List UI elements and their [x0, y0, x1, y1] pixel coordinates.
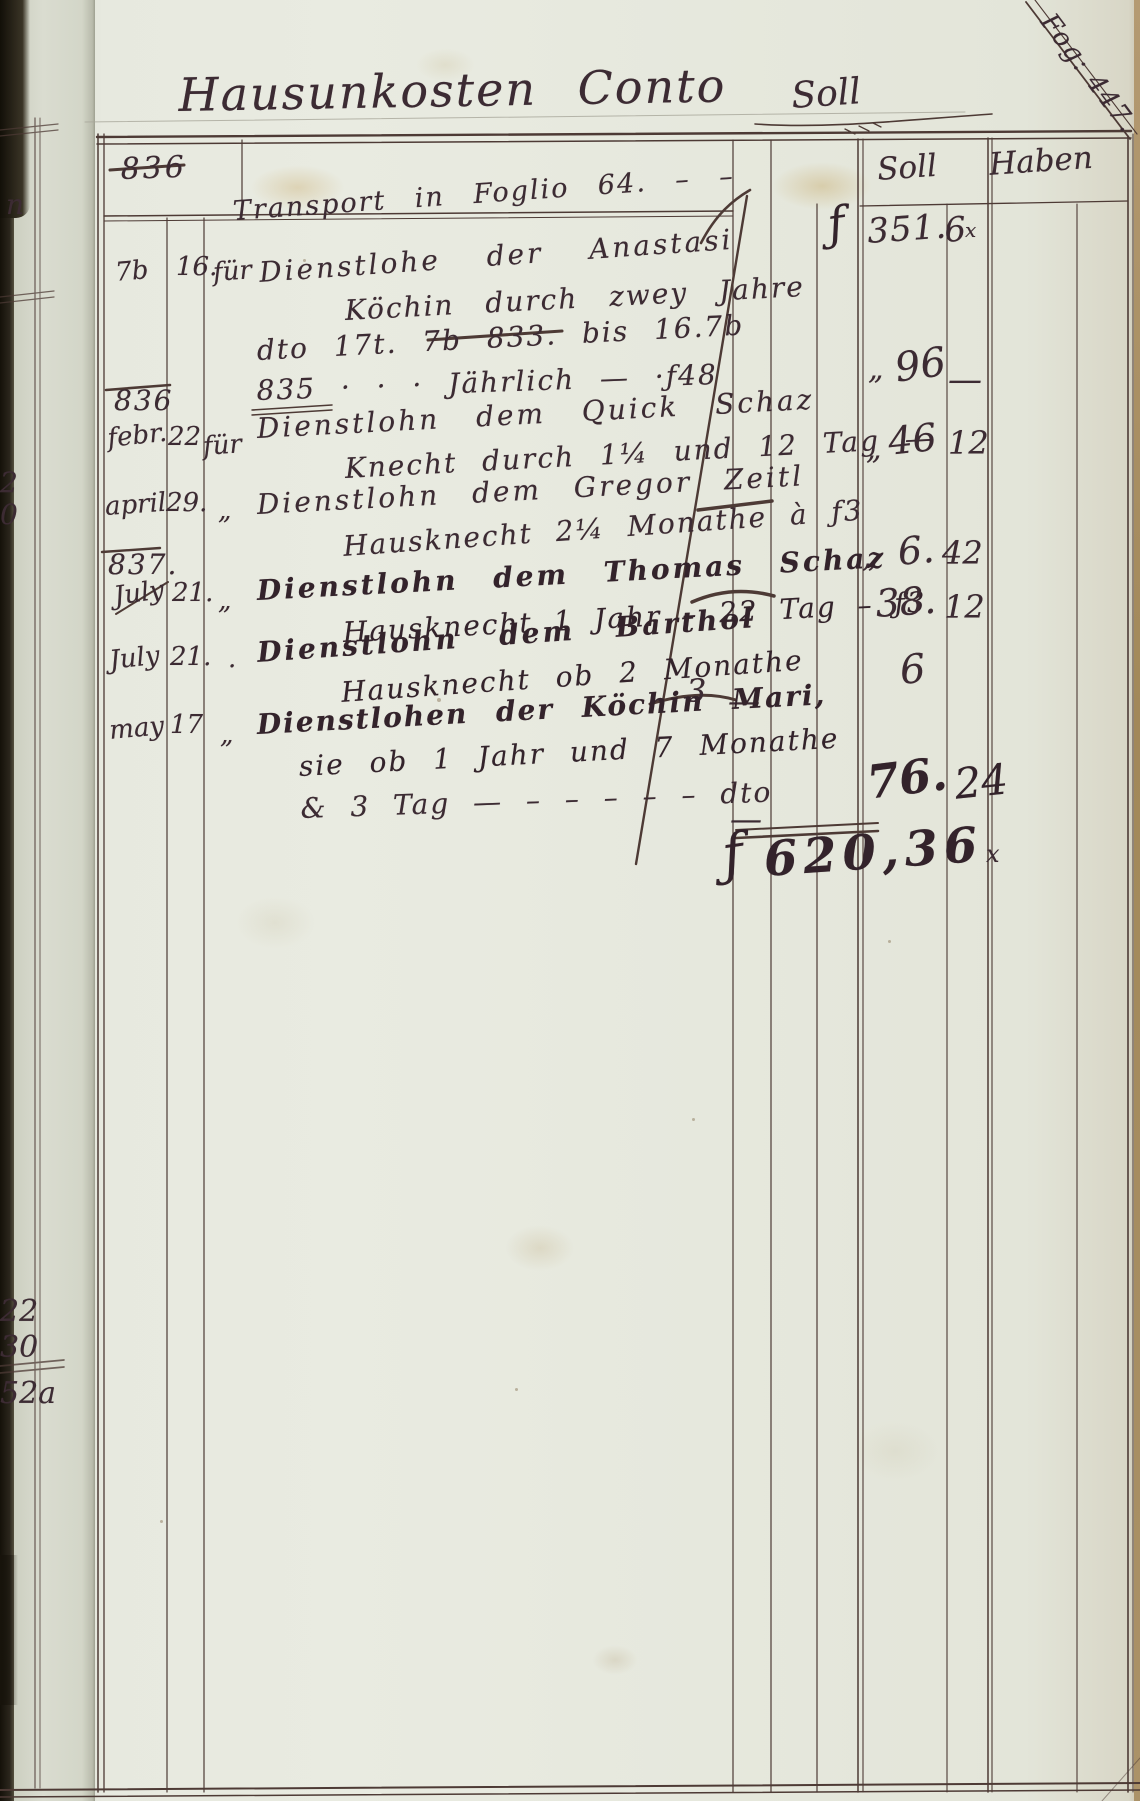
amount-soll-gulden: 46: [886, 415, 939, 464]
handwriting-layer: Fog: 447. Hausunkosten Conto Soll 836 So…: [0, 0, 1140, 1801]
header-year: 836: [120, 150, 187, 187]
entry-date-day: 22: [168, 422, 201, 452]
entry-date-month: July: [108, 641, 161, 676]
entry-date-day: 16.: [176, 252, 217, 282]
entry-date-month: april: [104, 488, 167, 522]
prev-page-fragment: 0: [0, 498, 18, 531]
entry-description: & 3 Tag — – – – – – dto: [300, 776, 773, 825]
entry-prefix: „: [218, 586, 231, 616]
entry-prefix: für: [212, 255, 253, 288]
prev-page-fragment: n: [6, 188, 24, 221]
entry-description: Transport in Foglio 64. – –: [232, 161, 736, 227]
entry-prefix: „: [218, 496, 231, 526]
margin-year: 837.: [108, 548, 178, 581]
entry-date-month: may: [108, 711, 165, 746]
title-side-label: Soll: [790, 71, 862, 117]
column-header-soll: Soll: [876, 148, 938, 188]
entry-date-day: 29.: [166, 488, 207, 518]
entry-date-day: 21.: [170, 642, 211, 672]
amount-soll-kreuzer: 24: [952, 754, 1010, 808]
column-header-haben: Haben: [988, 140, 1094, 183]
entry-date-day: 17: [170, 710, 203, 740]
amount-soll-kreuzer: 12: [948, 424, 989, 462]
amount-soll-kreuzer: 42: [942, 534, 983, 572]
entry-date-day: 21.: [172, 578, 213, 608]
amount-soll-gulden: 76.: [864, 746, 950, 809]
entry-prefix: „: [220, 720, 233, 750]
folio-corner-note: Fog: 447.: [1034, 8, 1140, 139]
amount-soll-gulden: 38.: [874, 578, 937, 626]
prev-page-fragment: 30: [0, 1330, 38, 1365]
amount-soll-gulden: 351.: [866, 206, 948, 251]
amount-soll-kreuzer: 6: [943, 209, 967, 250]
ditto-mark: „: [868, 352, 884, 387]
prev-page-fragment: 2: [0, 466, 18, 499]
amount-soll-gulden: 6: [898, 646, 927, 694]
prev-page-fragment: 52a: [0, 1376, 56, 1411]
prev-page-fragment: 22: [0, 1294, 38, 1329]
total-amount: 620,36: [762, 817, 985, 888]
amount-soll-gulden: 6.: [896, 527, 936, 574]
kreuzer-mark: x: [965, 218, 976, 242]
total-kreuzer-mark: x: [986, 840, 1000, 868]
ledger-page: Fog: 447. Hausunkosten Conto Soll 836 So…: [0, 0, 1140, 1801]
entry-prefix: für: [202, 429, 243, 462]
ditto-mark: „: [866, 432, 882, 467]
florin-sign: ƒ: [824, 196, 848, 252]
amount-soll-kreuzer: 12: [944, 588, 985, 626]
margin-year: 836: [114, 384, 173, 417]
entry-prefix: ·: [228, 652, 236, 682]
entry-date-month: 7b: [114, 255, 150, 288]
entry-date-month: febr.: [106, 418, 168, 454]
amount-soll-kreuzer: —: [948, 360, 982, 400]
page-title: Hausunkosten Conto: [178, 58, 727, 122]
amount-soll-gulden: 96: [892, 339, 949, 392]
entry-date-month: July: [112, 575, 166, 612]
